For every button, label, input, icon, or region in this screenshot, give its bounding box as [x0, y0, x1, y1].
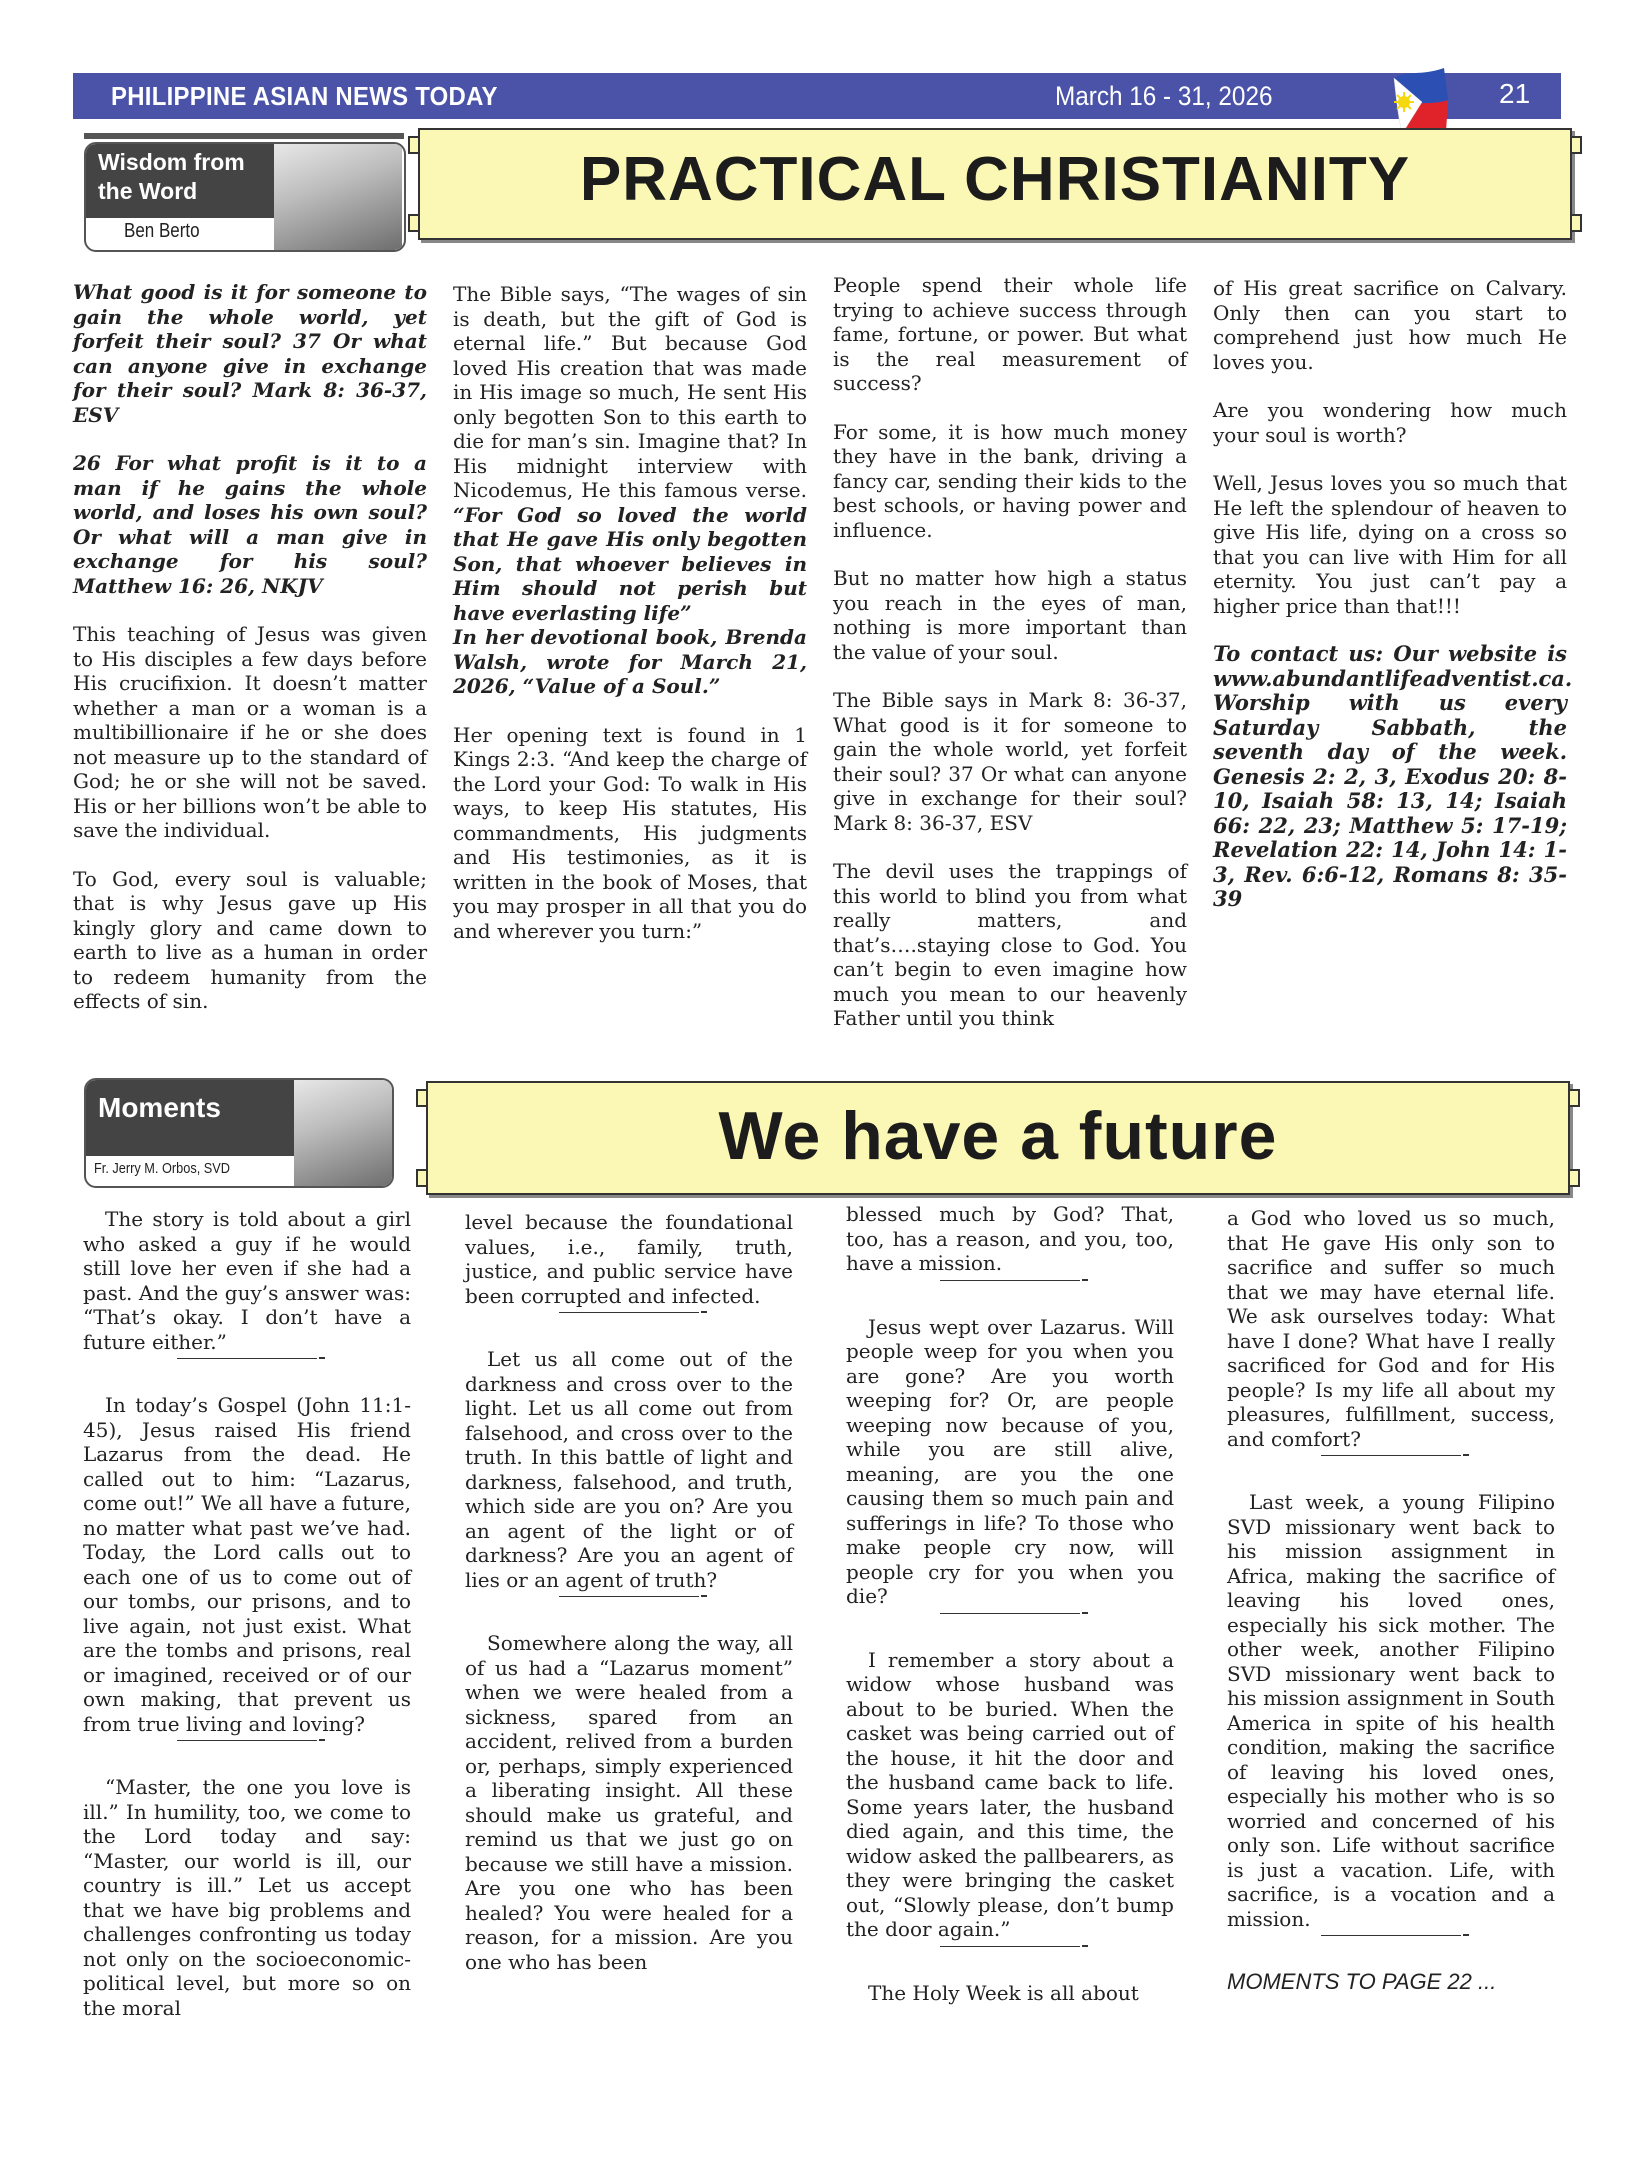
publication-name: PHILIPPINE ASIAN NEWS TODAY [111, 81, 498, 112]
paragraph: Well, Jesus loves you so much that He le… [1213, 471, 1567, 618]
paragraph: Let us all come out of the darkness and … [465, 1347, 793, 1592]
paragraph: I remember a story about a widow whose h… [846, 1648, 1174, 1942]
column-name-line1: Wisdom from [98, 148, 286, 177]
column-header-wisdom-from-the-word: Wisdom from the Word Ben Berto [84, 142, 406, 252]
column-name-block: Moments [86, 1080, 302, 1156]
banner-notch [408, 214, 420, 232]
article2-column-3: blessed much by God? That, too, has a re… [846, 1202, 1174, 2029]
author-photo [294, 1080, 392, 1186]
paragraph: The devil uses the trappings of this wor… [833, 859, 1187, 1031]
column-name: Moments [98, 1092, 221, 1123]
article2-column-1: The story is told about a girl who asked… [83, 1207, 411, 2044]
paragraph: Jesus wept over Lazarus. Will people wee… [846, 1315, 1174, 1609]
scripture-quote: What good is it for someone to gain the … [73, 280, 427, 427]
scripture-quote: “For God so loved the world that He gave… [453, 503, 807, 625]
column-header-rule [84, 133, 404, 139]
section-separator [559, 1312, 699, 1313]
paragraph: a God who loved us so much, that He gave… [1227, 1206, 1555, 1451]
section-separator [940, 1946, 1080, 1947]
column-header-moments: Moments Fr. Jerry M. Orbos, SVD [84, 1078, 394, 1188]
banner-notch [416, 1089, 428, 1107]
section-separator [940, 1280, 1080, 1281]
paragraph: This teaching of Jesus was given to His … [73, 622, 427, 843]
paragraph: The Holy Week is all about [846, 1981, 1174, 2006]
paragraph: The Bible says in Mark 8: 36-37, What go… [833, 688, 1187, 835]
banner-notch [408, 136, 420, 154]
paragraph: For some, it is how much money they have… [833, 420, 1187, 543]
paragraph: Her opening text is found in 1 Kings 2:3… [453, 723, 807, 944]
banner-notch [416, 1169, 428, 1187]
author-photo [274, 144, 402, 250]
article1-column-4: of His great sacrifice on Calvary. Only … [1213, 276, 1567, 936]
issue-date: March 16 - 31, 2026 [1055, 81, 1272, 112]
paragraph: People spend their whole life trying to … [833, 273, 1187, 396]
section-separator [559, 1596, 699, 1597]
paragraph: The Bible says, “The wages of sin is dea… [453, 282, 807, 502]
article1-column-2: The Bible says, “The wages of sin is dea… [453, 282, 807, 967]
banner-notch [1570, 214, 1582, 232]
devotional-reference: In her devotional book, Brenda Walsh, wr… [453, 625, 807, 699]
paragraph: of His great sacrifice on Calvary. Only … [1213, 276, 1567, 374]
article-title: We have a future [428, 1097, 1568, 1175]
banner-notch [1568, 1169, 1580, 1187]
scripture-quote: 26 For what profit is it to a man if he … [73, 451, 427, 598]
paragraph: level because the foundational values, i… [465, 1210, 793, 1308]
section-separator [177, 1740, 317, 1741]
section-separator [1321, 1935, 1461, 1936]
column-name-line2: the Word [98, 177, 286, 206]
article2-column-2: level because the foundational values, i… [465, 1210, 793, 1998]
section-separator [940, 1613, 1080, 1614]
masthead-bar: PHILIPPINE ASIAN NEWS TODAY March 16 - 3… [73, 73, 1561, 119]
section-separator [177, 1358, 317, 1359]
philippine-flag-icon [1388, 66, 1450, 134]
article-title-banner: We have a future [426, 1081, 1570, 1195]
paragraph: Last week, a young Filipino SVD missiona… [1227, 1490, 1555, 1931]
paragraph: In today’s Gospel (John 11:1-45), Jesus … [83, 1393, 411, 1736]
article-title-banner: PRACTICAL CHRISTIANITY [418, 128, 1572, 240]
paragraph: To God, every soul is valuable; that is … [73, 867, 427, 1014]
paragraph: “Master, the one you love is ill.” In hu… [83, 1775, 411, 2020]
banner-notch [1568, 1089, 1580, 1107]
continued-on-page-link[interactable]: MOMENTS TO PAGE 22 ... [1227, 1970, 1555, 1995]
banner-notch [1570, 136, 1582, 154]
article1-column-1: What good is it for someone to gain the … [73, 280, 427, 1038]
article-title: PRACTICAL CHRISTIANITY [420, 144, 1570, 215]
paragraph: blessed much by God? That, too, has a re… [846, 1202, 1174, 1276]
column-author: Ben Berto [124, 220, 200, 243]
paragraph: Are you wondering how much your soul is … [1213, 398, 1567, 447]
page-number: 21 [1499, 78, 1530, 110]
contact-info: To contact us: Our website is www.abunda… [1213, 642, 1567, 912]
article1-column-3: People spend their whole life trying to … [833, 273, 1187, 1055]
paragraph: The story is told about a girl who asked… [83, 1207, 411, 1354]
column-name-block: Wisdom from the Word [86, 144, 286, 218]
paragraph: Somewhere along the way, all of us had a… [465, 1631, 793, 1974]
column-author: Fr. Jerry M. Orbos, SVD [94, 1160, 230, 1177]
article2-column-4: a God who loved us so much, that He gave… [1227, 1206, 1555, 1995]
section-separator [1321, 1455, 1461, 1456]
paragraph: But no matter how high a status you reac… [833, 566, 1187, 664]
